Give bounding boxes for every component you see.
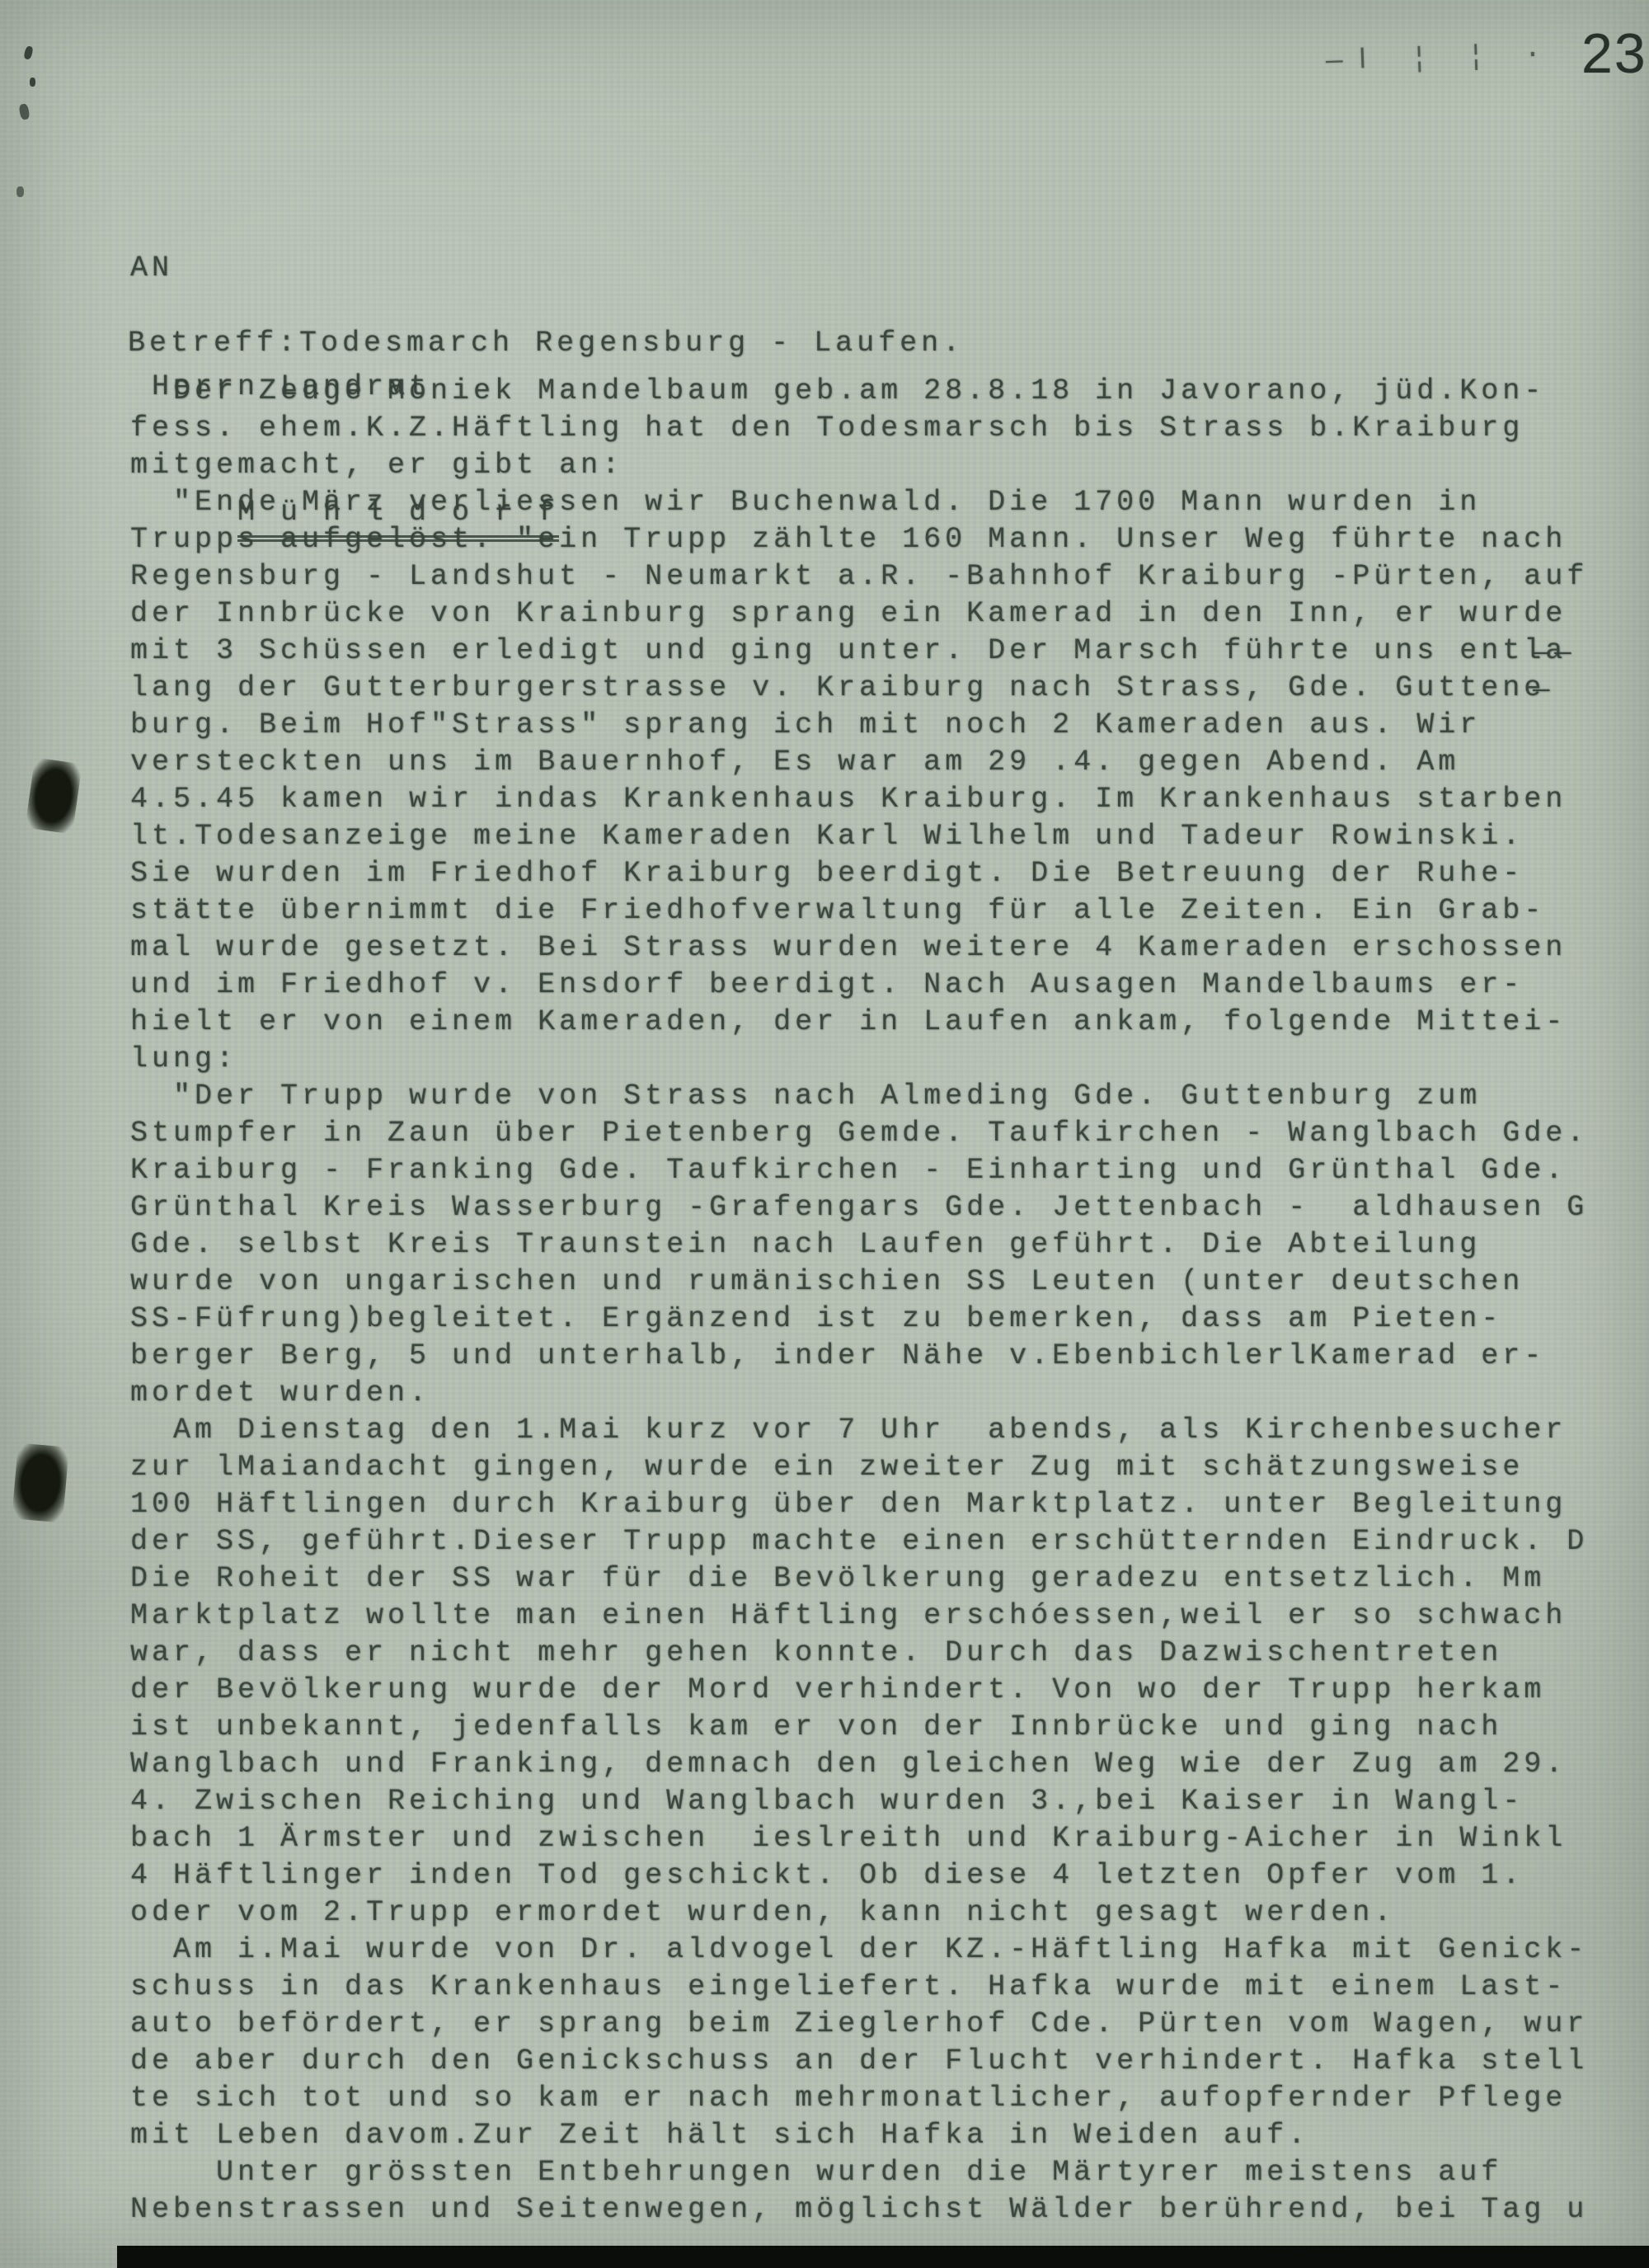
text-line: Marktplatz wollte man einen Häftling ers… [130, 1597, 1649, 1635]
text-line: 4 Häftlinger inden Tod geschickt. Ob die… [130, 1857, 1649, 1894]
hole-punch-bottom [12, 1442, 69, 1522]
text-line: versteckten uns im Bauernhof, Es war am … [130, 744, 1649, 781]
recipient-line-an: AN [130, 248, 559, 288]
text-line: Am Dienstag den 1.Mai kurz vor 7 Uhr abe… [130, 1412, 1649, 1449]
text-line: der Innbrücke von Krainburg sprang ein K… [130, 595, 1649, 633]
text-line: mitgemacht, er gibt an: [130, 447, 1649, 484]
page-number: 23 [1581, 21, 1647, 86]
scan-edge-bar [117, 2246, 1649, 2268]
text-line: der Bevölkerung wurde der Mord verhinder… [130, 1672, 1649, 1709]
text-line: mordet wurden. [130, 1375, 1649, 1412]
text-line: Sie wurden im Friedhof Kraiburg beerdigt… [130, 855, 1649, 892]
text-line: mit Leben davom.Zur Zeit hält sich Hafka… [130, 2117, 1649, 2154]
body-text: Der Zeuge Moniek Mandelbaum geb.am 28.8.… [130, 373, 1649, 2228]
text-line: Die Roheit der SS war für die Bevölkerun… [130, 1560, 1649, 1597]
text-line: schuss in das Krankenhaus eingeliefert. … [130, 1969, 1649, 2006]
text-line: mit 3 Schüssen erledigt und ging unter. … [130, 633, 1649, 670]
text-line: fess. ehem.K.Z.Häftling hat den Todesmar… [130, 410, 1649, 447]
text-line: war, dass er nicht mehr gehen konnte. Du… [130, 1635, 1649, 1672]
text-line: Der Zeuge Moniek Mandelbaum geb.am 28.8.… [130, 373, 1649, 410]
text-line: Trupps aufgelöst. "ein Trupp zählte 160 … [130, 521, 1649, 558]
text-line: SS-Füfrung)begleitet. Ergänzend ist zu b… [130, 1301, 1649, 1338]
text-line: 4.5.45 kamen wir indas Krankenhaus Kraib… [130, 781, 1649, 818]
ink-speck [30, 78, 35, 87]
text-line: Unter grössten Entbehrungen wurden die M… [130, 2154, 1649, 2191]
text-line: mal wurde gesetzt. Bei Strass wurden wei… [130, 929, 1649, 967]
text-line: ist unbekannt, jedenfalls kam er von der… [130, 1709, 1649, 1746]
ink-speck [18, 103, 30, 120]
document-page: —ǀ ¦ ¦ · 23 AN Herrn Landrat M ü h l d o… [0, 0, 1649, 2268]
text-line: Wanglbach und Franking, demnach den glei… [130, 1746, 1649, 1783]
text-line: stätte übernimmt die Friedhofverwaltung … [130, 892, 1649, 929]
text-line: lung: [130, 1041, 1649, 1078]
text-line: Grünthal Kreis Wasserburg -Grafengars Gd… [130, 1189, 1649, 1226]
text-line: burg. Beim Hof"Strass" sprang ich mit no… [130, 707, 1649, 744]
text-line: lang der Gutterburgerstrasse v. Kraiburg… [130, 670, 1649, 707]
text-line: "Der Trupp wurde von Strass nach Almedin… [130, 1078, 1649, 1115]
text-line: bach 1 Ärmster und zwischen ieslreith un… [130, 1820, 1649, 1857]
text-line: Stumpfer in Zaun über Pietenberg Gemde. … [130, 1115, 1649, 1152]
text-line: und im Friedhof v. Ensdorf beerdigt. Nac… [130, 967, 1649, 1004]
subject-line: Betreff:Todesmarch Regensburg - Laufen. [128, 327, 964, 360]
text-line: Gde. selbst Kreis Traunstein nach Laufen… [130, 1226, 1649, 1263]
text-line: 100 Häftlingen durch Kraiburg über den M… [130, 1486, 1649, 1523]
text-line: auto befördert, er sprang beim Zieglerho… [130, 2006, 1649, 2043]
text-line: Am i.Mai wurde von Dr. aldvogel der KZ.-… [130, 1932, 1649, 1969]
text-line: lt.Todesanzeige meine Kameraden Karl Wil… [130, 818, 1649, 855]
pencil-marks: —ǀ ¦ ¦ · [1325, 39, 1553, 78]
ink-speck [23, 45, 34, 60]
text-line: Regensburg - Landshut - Neumarkt a.R. -B… [130, 558, 1649, 595]
text-line: hielt er von einem Kameraden, der in Lau… [130, 1004, 1649, 1041]
hole-punch-top [25, 757, 82, 834]
text-line: oder vom 2.Trupp ermordet wurden, kann n… [130, 1894, 1649, 1932]
text-line: "Ende März verliessen wir Buchenwald. Di… [130, 484, 1649, 521]
text-line: Kraiburg - Franking Gde. Taufkirchen - E… [130, 1152, 1649, 1189]
text-line: te sich tot und so kam er nach mehrmonat… [130, 2080, 1649, 2117]
text-line: de aber durch den Genickschuss an der Fl… [130, 2043, 1649, 2080]
text-line: wurde von ungarischen und rumänischien S… [130, 1263, 1649, 1301]
text-line: der SS, geführt.Dieser Trupp machte eine… [130, 1523, 1649, 1560]
text-line: berger Berg, 5 und unterhalb, inder Nähe… [130, 1338, 1649, 1375]
text-line: Nebenstrassen und Seitenwegen, möglichst… [130, 2191, 1649, 2228]
text-line: 4. Zwischen Reiching und Wanglbach wurde… [130, 1783, 1649, 1820]
ink-speck [16, 186, 24, 197]
text-line: zur lMaiandacht gingen, wurde ein zweite… [130, 1449, 1649, 1486]
